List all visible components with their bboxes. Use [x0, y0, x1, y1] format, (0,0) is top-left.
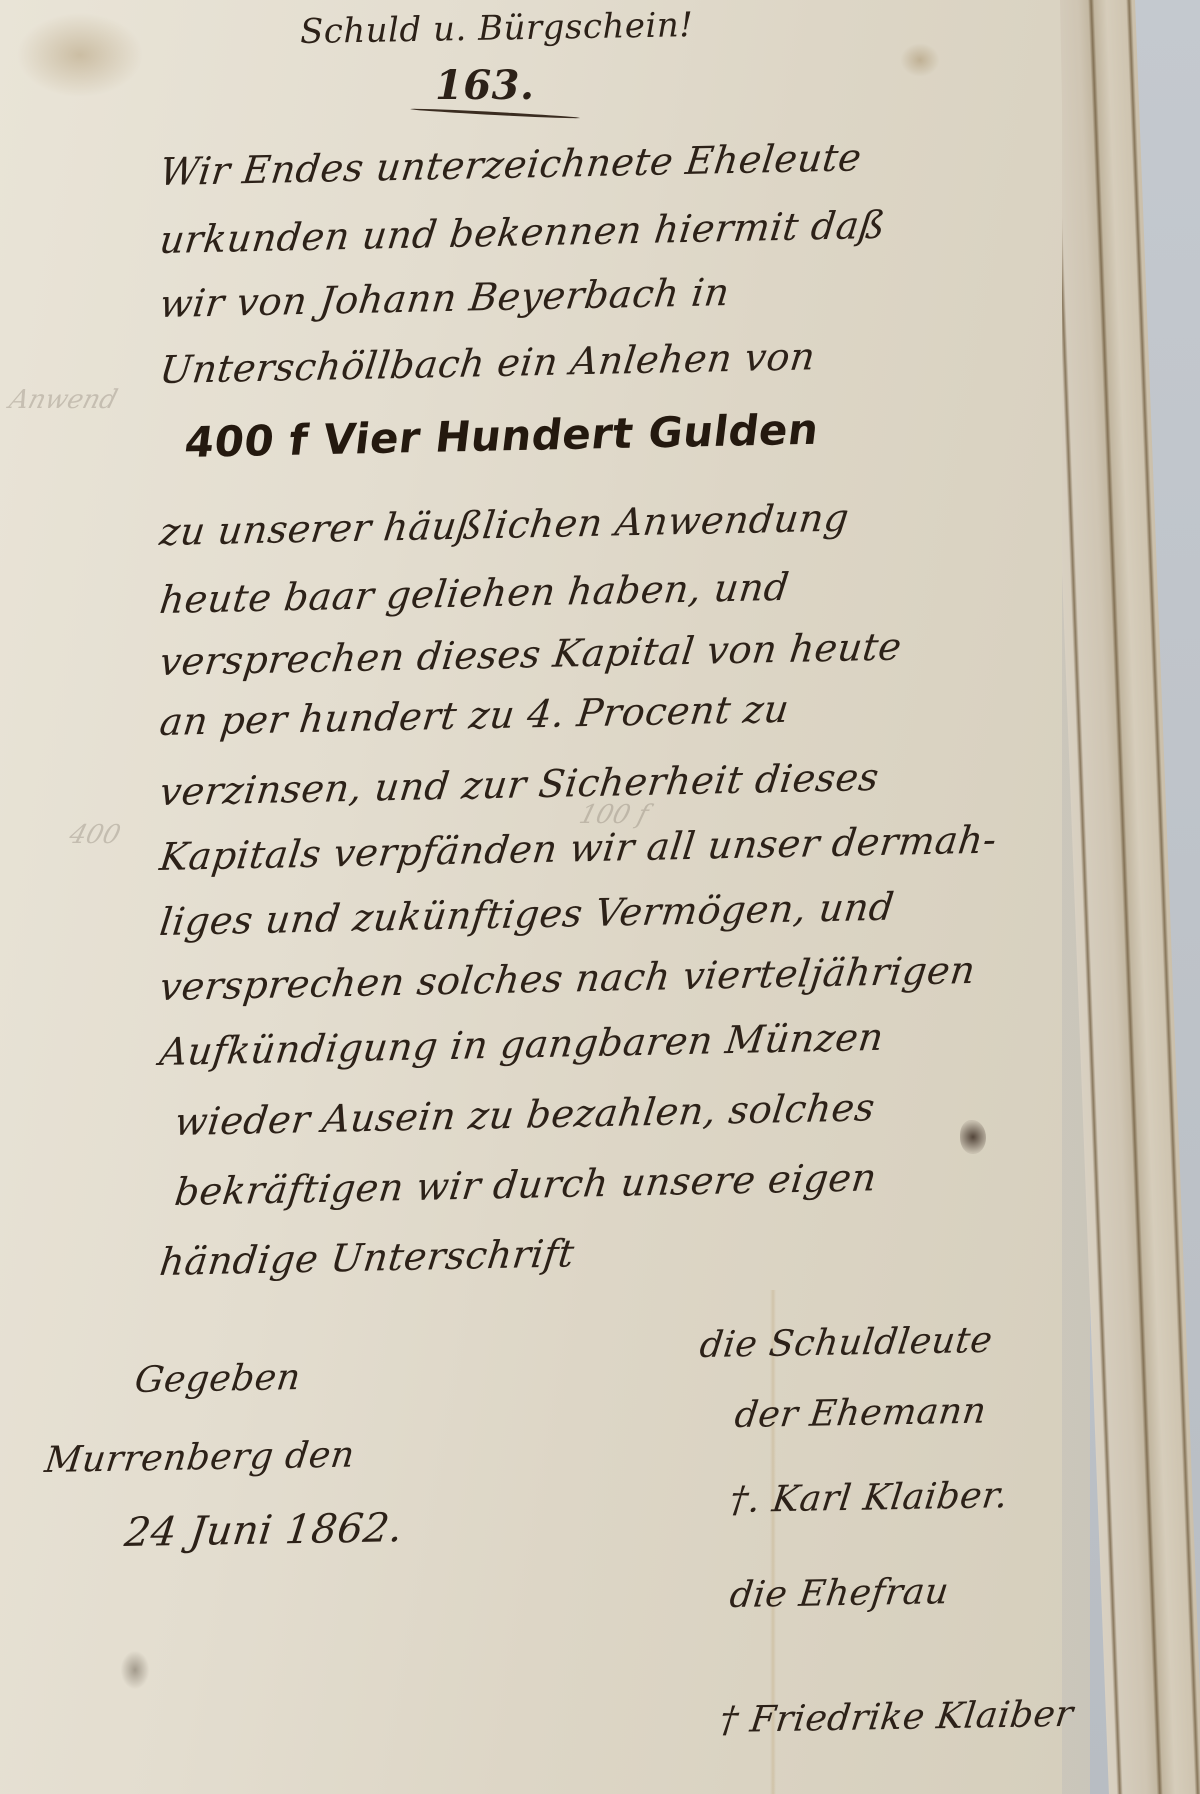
husband-signature: †. Karl Klaiber. — [727, 1475, 1010, 1521]
document-photo: Anwend 400 100 f Schuld u. Bürgschein! 1… — [0, 0, 1200, 1794]
body-line: Kapitals verpfänden wir all unser dermah… — [157, 817, 999, 879]
place-name: Murrenberg den — [42, 1435, 357, 1481]
debtors-header: die Schuldleute — [697, 1320, 994, 1366]
body-line: Wir Endes unterzeichnete Eheleute — [157, 135, 864, 194]
given-label: Gegeben — [132, 1357, 302, 1401]
husband-label: der Ehemann — [732, 1391, 988, 1436]
page-number: 163. — [435, 62, 534, 109]
ink-blot — [960, 1120, 986, 1154]
bleed-through-text: Anwend — [6, 385, 121, 415]
body-line: urkunden und bekennen hiermit daß — [157, 203, 887, 262]
body-line: liges und zukünftiges Vermögen, und — [157, 885, 896, 944]
loan-amount-line: 400 f Vier Hundert Gulden — [182, 405, 822, 467]
document-date: 24 Juni 1862. — [122, 1505, 405, 1556]
body-line: versprechen solches nach vierteljährigen — [157, 948, 978, 1009]
bleed-through-text: 400 — [66, 820, 124, 850]
body-line: zu unserer häußlichen Anwendung — [157, 496, 851, 555]
document-page: Anwend 400 100 f Schuld u. Bürgschein! 1… — [0, 0, 1062, 1794]
body-line: wir von Johann Beyerbach in — [157, 270, 732, 326]
wife-signature: † Friedrike Klaiber — [717, 1694, 1075, 1741]
body-line: bekräftigen wir durch unsere eigen — [172, 1155, 879, 1214]
wife-label: die Ehefrau — [727, 1571, 951, 1616]
body-line: versprechen dieses Kapital von heute — [157, 624, 904, 684]
body-line: heute baar geliehen haben, und — [157, 565, 791, 622]
body-line: Unterschöllbach ein Anlehen von — [157, 334, 817, 392]
body-line: Aufkündigung in gangbaren Münzen — [157, 1015, 886, 1074]
body-line: händige Unterschrift — [157, 1231, 576, 1284]
body-line: wieder Ausein zu bezahlen, solches — [172, 1085, 877, 1144]
document-heading: Schuld u. Bürgschein! — [300, 5, 694, 52]
body-line: verzinsen, und zur Sicherheit dieses — [157, 755, 881, 814]
page-number-flourish — [410, 108, 580, 120]
interest-rate-line: an per hundert zu 4. Procent zu — [157, 687, 791, 744]
